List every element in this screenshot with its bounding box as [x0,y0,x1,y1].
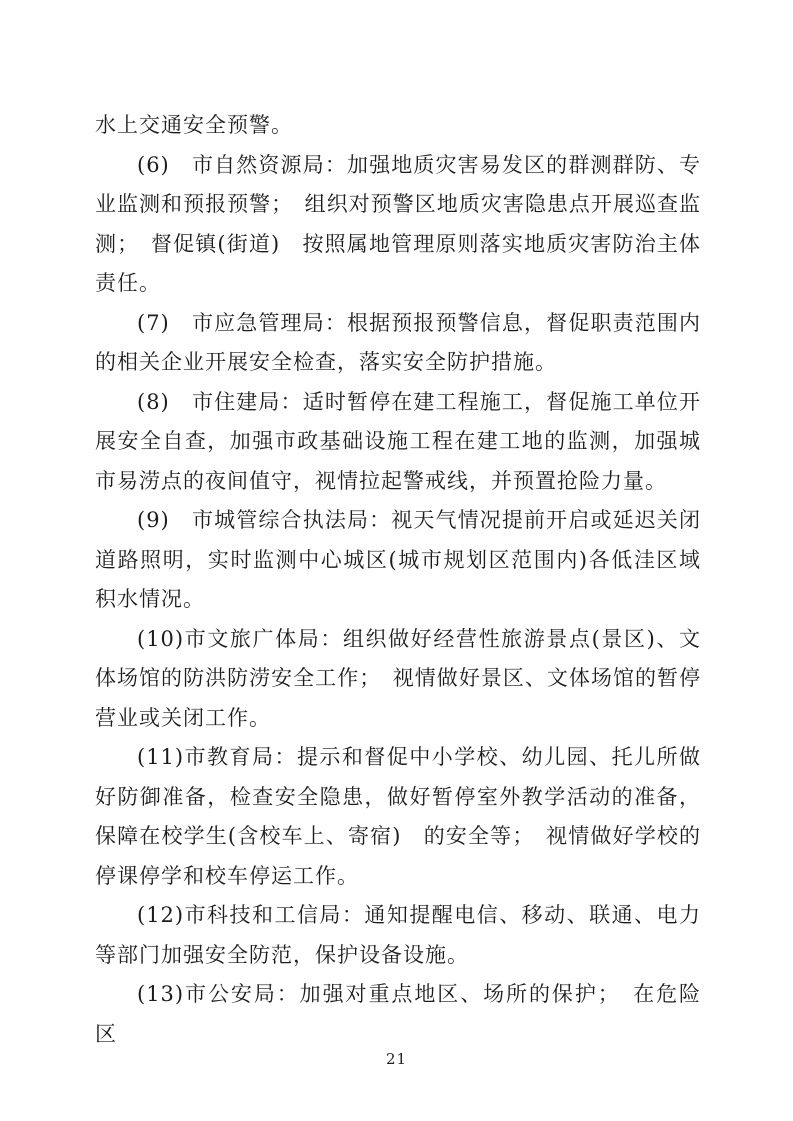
document-page: 水上交通安全预警。 (6) 市自然资源局：加强地质灾害易发区的群测群防、专业监测… [0,0,793,1121]
paragraph-continuation: 水上交通安全预警。 [95,106,701,146]
paragraph-item-8: (8) 市住建局：适时暂停在建工程施工，督促施工单位开展安全自查，加强市政基础设… [95,383,701,502]
paragraph-item-7: (7) 市应急管理局：根据预报预警信息，督促职责范围内的相关企业开展安全检查，落… [95,304,701,383]
paragraph-item-11: (11)市教育局：提示和督促中小学校、幼儿园、托儿所做好防御准备，检查安全隐患，… [95,738,701,896]
paragraph-item-12: (12)市科技和工信局：通知提醒电信、移动、联通、电力等部门加强安全防范，保护设… [95,896,701,975]
page-number: 21 [0,1050,793,1068]
paragraph-item-10: (10)市文旅广体局：组织做好经营性旅游景点(景区)、文体场馆的防洪防涝安全工作… [95,620,701,739]
paragraph-item-6: (6) 市自然资源局：加强地质灾害易发区的群测群防、专业监测和预报预警； 组织对… [95,146,701,304]
paragraph-item-9: (9) 市城管综合执法局：视天气情况提前开启或延迟关闭道路照明，实时监测中心城区… [95,501,701,620]
paragraph-item-13: (13)市公安局：加强对重点地区、场所的保护； 在危险区 [95,975,701,1054]
document-body: 水上交通安全预警。 (6) 市自然资源局：加强地质灾害易发区的群测群防、专业监测… [95,106,701,1054]
